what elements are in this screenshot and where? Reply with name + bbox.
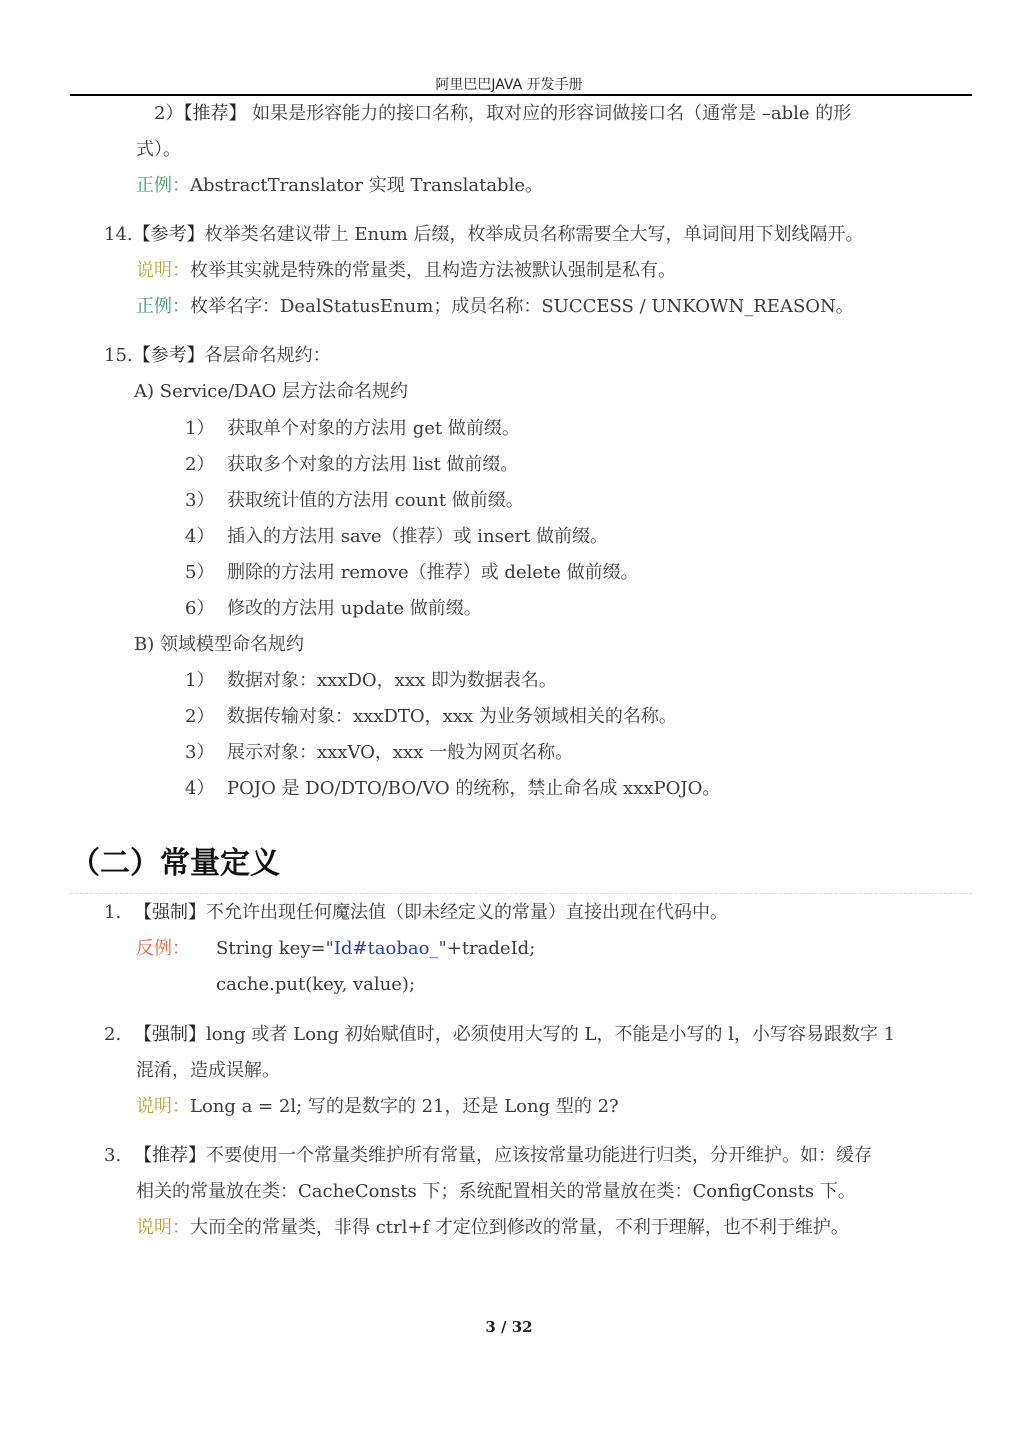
item-text: 获取单个对象的方法用 get 做前缀。 xyxy=(227,418,520,439)
code-text: +tradeId; xyxy=(447,938,536,959)
item-number: 2） xyxy=(185,453,227,477)
code-line: cache.put(key, value); xyxy=(216,973,415,997)
note-label: 说明： xyxy=(136,1217,190,1238)
list-item: 3）获取统计值的方法用 count 做前缀。 xyxy=(185,489,524,513)
list-item: 2）获取多个对象的方法用 list 做前缀。 xyxy=(185,453,518,477)
item-text: 获取多个对象的方法用 list 做前缀。 xyxy=(227,454,518,475)
note-text: 大而全的常量类，非得 ctrl+f 才定位到修改的常量，不利于理解，也不利于维护… xyxy=(190,1217,849,1238)
group-b-label: B) 领域模型命名规约 xyxy=(134,633,304,657)
header-title: 阿里巴巴JAVA 开发手册 xyxy=(0,74,1018,94)
item-number: 6） xyxy=(185,597,227,621)
list-item: 4）POJO 是 DO/DTO/BO/VO 的统称，禁止命名成 xxxPOJO。 xyxy=(185,777,720,801)
item-text: 删除的方法用 remove（推荐）或 delete 做前缀。 xyxy=(227,562,639,583)
example-line: 正例：AbstractTranslator 实现 Translatable。 xyxy=(136,174,543,198)
section-title: （二）常量定义 xyxy=(70,838,280,882)
item-number: 1） xyxy=(185,417,227,441)
const-rule-1: 1.【强制】不允许出现任何魔法值（即未经定义的常量）直接出现在代码中。 xyxy=(104,901,728,925)
section-divider xyxy=(70,893,972,894)
item-text: 插入的方法用 save（推荐）或 insert 做前缀。 xyxy=(227,526,608,547)
example-text: 枚举名字：DealStatusEnum；成员名称：SUCCESS / UNKOW… xyxy=(190,296,854,317)
rule-number: 1. xyxy=(104,901,134,925)
example-text: AbstractTranslator 实现 Translatable。 xyxy=(190,175,543,196)
list-item: 1）获取单个对象的方法用 get 做前缀。 xyxy=(185,417,520,441)
rule-text: 不要使用一个常量类维护所有常量，应该按常量功能进行归类，分开维护。如：缓存 xyxy=(206,1145,872,1166)
rule-number: 15. xyxy=(104,345,133,366)
list-item: 3）展示对象：xxxVO，xxx 一般为网页名称。 xyxy=(185,741,573,765)
item-number: 2） xyxy=(185,705,227,729)
item-text: 数据传输对象：xxxDTO，xxx 为业务领域相关的名称。 xyxy=(227,706,677,727)
rule-text: long 或者 Long 初始赋值时，必须使用大写的 L，不能是小写的 l，小写… xyxy=(206,1024,895,1045)
item-text: POJO 是 DO/DTO/BO/VO 的统称，禁止命名成 xxxPOJO。 xyxy=(227,778,720,799)
list-item: 1）数据对象：xxxDO，xxx 即为数据表名。 xyxy=(185,669,557,693)
rule-tag: 【推荐】 xyxy=(183,103,246,124)
code-string: "Id#taobao_" xyxy=(326,938,447,959)
const-rule-3: 3.【推荐】不要使用一个常量类维护所有常量，应该按常量功能进行归类，分开维护。如… xyxy=(104,1144,872,1168)
rule-text-cont: 混淆，造成误解。 xyxy=(136,1059,280,1083)
list-item: 4）插入的方法用 save（推荐）或 insert 做前缀。 xyxy=(185,525,608,549)
rule-text: 各层命名规约： xyxy=(205,345,331,366)
item-text: 数据对象：xxxDO，xxx 即为数据表名。 xyxy=(227,670,557,691)
intro-item: 2）【推荐】 如果是形容能力的接口名称，取对应的形容词做接口名（通常是 –abl… xyxy=(154,102,851,126)
item-text: 如果是形容能力的接口名称，取对应的形容词做接口名（通常是 –able 的形 xyxy=(246,103,851,124)
note-text: 枚举其实就是特殊的常量类，且构造方法被默认强制是私有。 xyxy=(190,260,676,281)
rule-number: 14. xyxy=(104,224,133,245)
code-text: String key= xyxy=(216,938,326,959)
rule-tag: 【参考】 xyxy=(133,345,205,366)
rule-15: 15.【参考】各层命名规约： xyxy=(104,344,331,368)
header-rule xyxy=(70,94,972,96)
item-number: 3） xyxy=(185,489,227,513)
counter-example-line: 反例：String key="Id#taobao_"+tradeId; xyxy=(136,937,535,961)
note-line: 说明：Long a = 2l; 写的是数字的 21，还是 Long 型的 2? xyxy=(136,1095,619,1119)
page-number: 3 / 32 xyxy=(0,1318,1018,1336)
item-number: 5） xyxy=(185,561,227,585)
item-number: 3） xyxy=(185,741,227,765)
const-rule-2: 2.【强制】long 或者 Long 初始赋值时，必须使用大写的 L，不能是小写… xyxy=(104,1023,895,1047)
item-text: 获取统计值的方法用 count 做前缀。 xyxy=(227,490,524,511)
item-text: 展示对象：xxxVO，xxx 一般为网页名称。 xyxy=(227,742,573,763)
example-line: 正例：枚举名字：DealStatusEnum；成员名称：SUCCESS / UN… xyxy=(136,295,854,319)
counter-example-label: 反例： xyxy=(136,937,216,961)
rule-tag: 【强制】 xyxy=(134,902,206,923)
rule-text-cont: 相关的常量放在类：CacheConsts 下；系统配置相关的常量放在类：Conf… xyxy=(136,1180,856,1204)
intro-item-cont: 式）。 xyxy=(136,138,181,162)
list-item: 6）修改的方法用 update 做前缀。 xyxy=(185,597,482,621)
rule-14: 14.【参考】枚举类名建议带上 Enum 后缀，枚举成员名称需要全大写，单词间用… xyxy=(104,223,863,247)
rule-tag: 【推荐】 xyxy=(134,1145,206,1166)
note-line: 说明：枚举其实就是特殊的常量类，且构造方法被默认强制是私有。 xyxy=(136,259,676,283)
rule-tag: 【参考】 xyxy=(133,224,205,245)
rule-text: 不允许出现任何魔法值（即未经定义的常量）直接出现在代码中。 xyxy=(206,902,728,923)
list-item: 2）数据传输对象：xxxDTO，xxx 为业务领域相关的名称。 xyxy=(185,705,677,729)
item-number: 2） xyxy=(154,103,183,124)
rule-number: 2. xyxy=(104,1023,134,1047)
item-number: 1） xyxy=(185,669,227,693)
note-text: Long a = 2l; 写的是数字的 21，还是 Long 型的 2? xyxy=(190,1096,619,1117)
item-number: 4） xyxy=(185,525,227,549)
note-label: 说明： xyxy=(136,260,190,281)
rule-tag: 【强制】 xyxy=(134,1024,206,1045)
note-label: 说明： xyxy=(136,1096,190,1117)
list-item: 5）删除的方法用 remove（推荐）或 delete 做前缀。 xyxy=(185,561,639,585)
rule-number: 3. xyxy=(104,1144,134,1168)
item-text: 修改的方法用 update 做前缀。 xyxy=(227,598,482,619)
rule-text: 枚举类名建议带上 Enum 后缀，枚举成员名称需要全大写，单词间用下划线隔开。 xyxy=(205,224,864,245)
note-line: 说明：大而全的常量类，非得 ctrl+f 才定位到修改的常量，不利于理解，也不利… xyxy=(136,1216,849,1240)
group-a-label: A) Service/DAO 层方法命名规约 xyxy=(134,380,408,404)
example-label: 正例： xyxy=(136,296,190,317)
item-number: 4） xyxy=(185,777,227,801)
example-label: 正例： xyxy=(136,175,190,196)
